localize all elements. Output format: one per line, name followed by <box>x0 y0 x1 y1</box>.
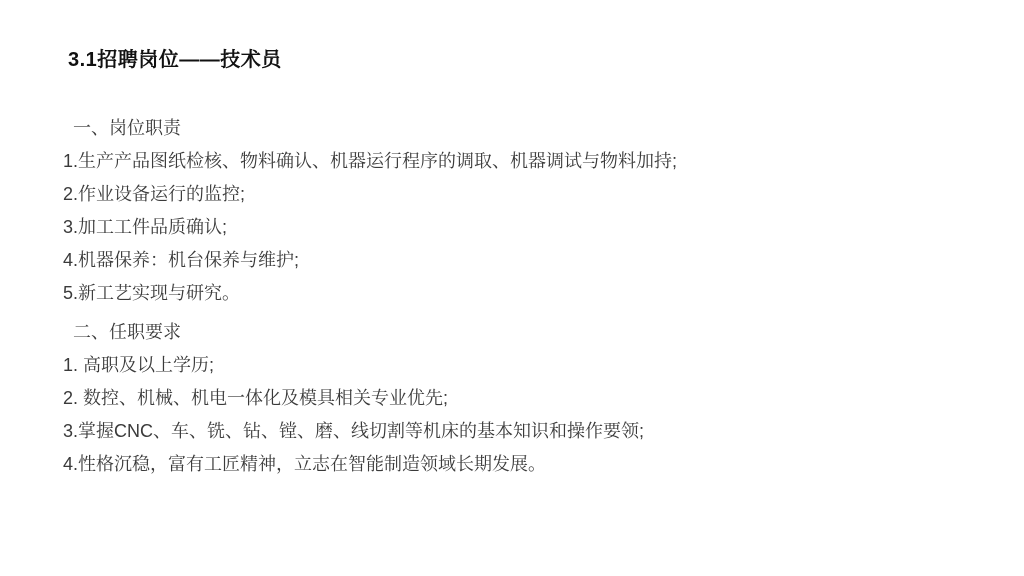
page-title: 3.1招聘岗位——技术员 <box>68 43 282 72</box>
duty-item-3: 3.加工工件品质确认; <box>63 211 963 244</box>
section-heading-requirements: 二、任职要求 <box>63 316 963 349</box>
section-requirements: 二、任职要求 1. 高职及以上学历; 2. 数控、机械、机电一体化及模具相关专业… <box>63 316 963 481</box>
duty-item-1: 1.生产产品图纸检核、物料确认、机器运行程序的调取、机器调试与物料加持; <box>63 145 963 178</box>
requirement-item-1: 1. 高职及以上学历; <box>63 349 963 382</box>
duty-item-2: 2.作业设备运行的监控; <box>63 178 963 211</box>
slide: 3.1招聘岗位——技术员 一、岗位职责 1.生产产品图纸检核、物料确认、机器运行… <box>0 0 1024 576</box>
requirement-item-2: 2. 数控、机械、机电一体化及模具相关专业优先; <box>63 382 963 415</box>
duty-item-5: 5.新工艺实现与研究。 <box>63 277 963 310</box>
slide-content: 一、岗位职责 1.生产产品图纸检核、物料确认、机器运行程序的调取、机器调试与物料… <box>63 112 963 481</box>
section-heading-duties: 一、岗位职责 <box>63 112 963 145</box>
requirement-item-4: 4.性格沉稳，富有工匠精神，立志在智能制造领域长期发展。 <box>63 448 963 481</box>
section-job-duties: 一、岗位职责 1.生产产品图纸检核、物料确认、机器运行程序的调取、机器调试与物料… <box>63 112 963 310</box>
duty-item-4: 4.机器保养：机台保养与维护; <box>63 244 963 277</box>
requirement-item-3: 3.掌握CNC、车、铣、钻、镗、磨、线切割等机床的基本知识和操作要领; <box>63 415 963 448</box>
